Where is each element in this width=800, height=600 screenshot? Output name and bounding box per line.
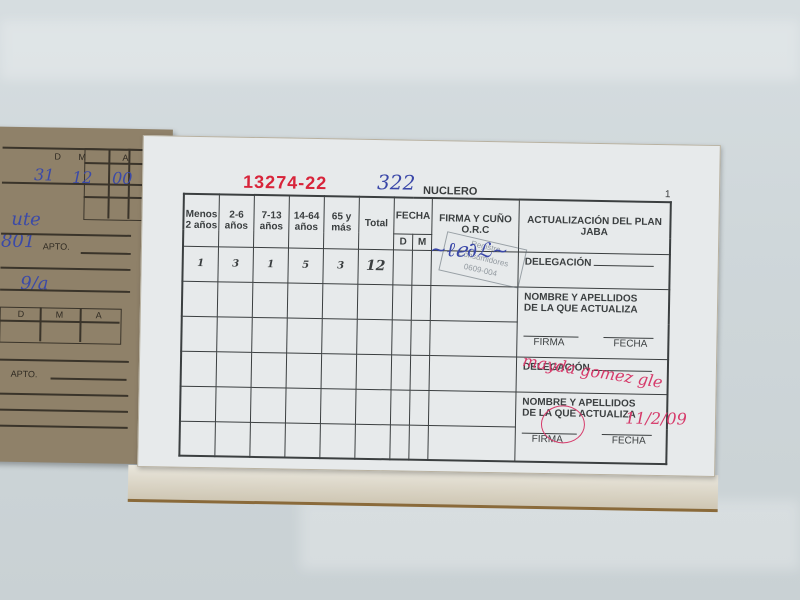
nombre-label: NOMBRE Y APELLIDOS DE LA QUE ACTUALIZA — [524, 291, 644, 315]
nombre-field-2: NOMBRE Y APELLIDOS DE LA QUE ACTUALIZA F… — [515, 392, 668, 465]
day-header: D — [18, 309, 25, 319]
page-number: 1 — [665, 189, 671, 200]
col-header-actualizacion: ACTUALIZACIÓN DEL PLAN JABA — [518, 200, 670, 255]
col-header-fecha-m: M — [412, 234, 431, 250]
serial-number-stamp: 13274-22 — [243, 172, 327, 194]
nucleo-label: NUCLERO — [423, 185, 478, 198]
year-header: A — [122, 153, 128, 163]
day-header: D — [54, 152, 61, 162]
col-header-total: Total — [358, 197, 394, 250]
handwritten-note: 9/a — [20, 273, 49, 294]
month-header: M — [56, 310, 64, 320]
cell-menos-2: 1 — [182, 246, 218, 282]
cell-65: 3 — [323, 248, 359, 284]
apto-label: APTO. — [11, 369, 38, 379]
cell-14-64: 5 — [288, 248, 324, 284]
col-header-14-64: 14-64 años — [288, 196, 324, 249]
cell-total: 12 — [358, 249, 394, 285]
cell-7-13: 1 — [253, 247, 289, 283]
nucleo-number: 322 — [377, 170, 416, 195]
year-header: A — [96, 310, 102, 320]
col-header-65: 65 y más — [323, 196, 359, 249]
handwritten-day: 31 — [34, 165, 55, 184]
handwritten-month: 12 — [72, 168, 93, 187]
apto-label: APTO. — [43, 241, 70, 251]
orc-signature: ~ℓℯ∂ℒ~ — [430, 237, 509, 263]
month-header: M — [78, 152, 86, 162]
col-header-menos-2: Menos 2 años — [183, 194, 219, 247]
firma-label: FIRMA — [523, 336, 564, 348]
delegacion-label: DELEGACIÓN — [525, 256, 592, 268]
handwritten-date-red: 11/2/09 — [625, 408, 687, 428]
household-table: Menos 2 años 2-6 años 7-13 años 14-64 añ… — [178, 193, 672, 465]
col-header-fecha: FECHA — [394, 197, 433, 234]
cloth-background — [0, 20, 800, 80]
cell-2-6: 3 — [218, 246, 254, 282]
cloth-fold — [300, 500, 800, 570]
delegacion-field: DELEGACIÓN — [518, 252, 670, 290]
handwritten-note: ute — [11, 209, 41, 231]
col-header-fecha-d: D — [393, 233, 412, 249]
ration-card-page: 13274-22 322 NUCLERO 1 Menos 2 años 2-6 … — [137, 135, 721, 477]
fecha-label: FECHA — [612, 435, 652, 447]
col-header-7-13: 7-13 años — [254, 195, 290, 248]
handwritten-year: 00 — [112, 169, 133, 188]
col-header-2-6: 2-6 años — [219, 194, 255, 247]
fecha-label: FECHA — [613, 338, 653, 350]
nombre-field: NOMBRE Y APELLIDOS DE LA QUE ACTUALIZA F… — [517, 287, 670, 360]
